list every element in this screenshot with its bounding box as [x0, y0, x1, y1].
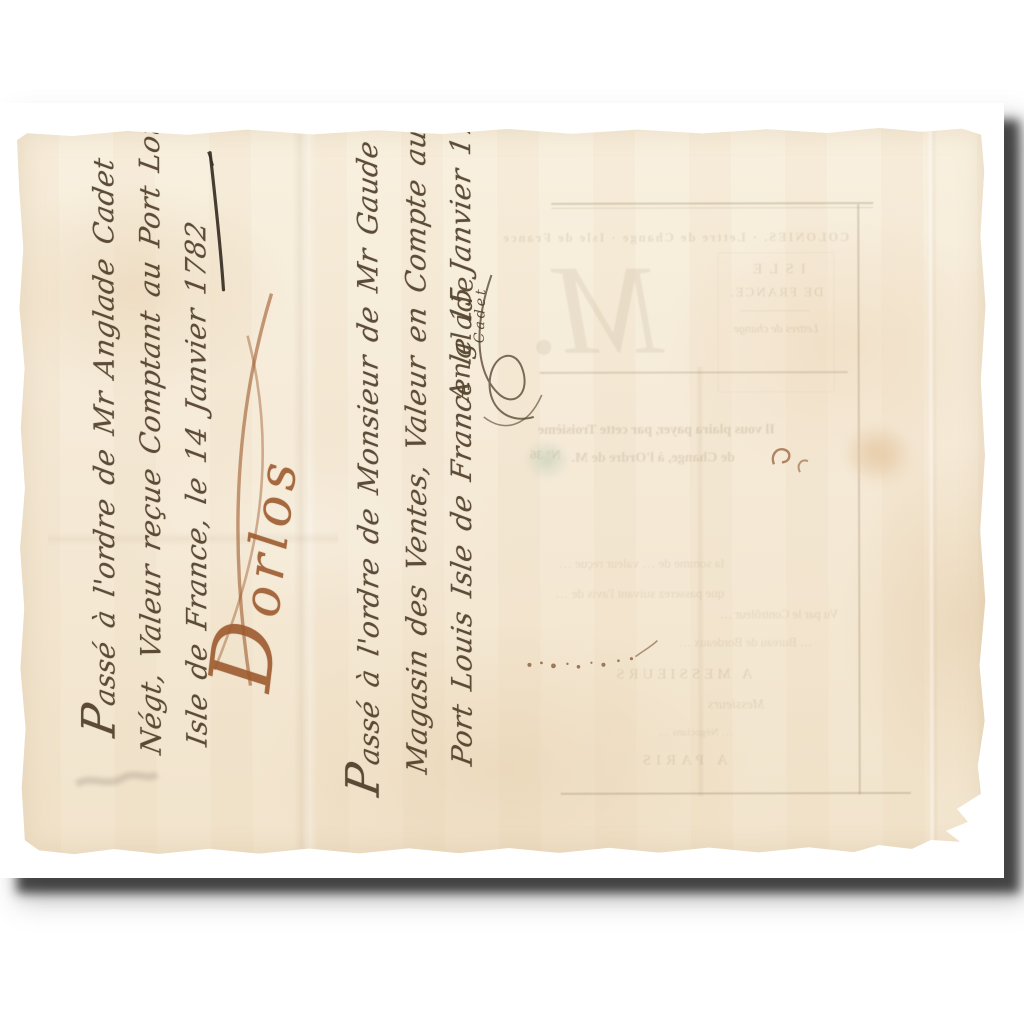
ghost-address-line-3: … Négocians …: [641, 726, 751, 738]
endorsement-1-line-2: Négt, Valeur reçue Comptant au Port Loui…: [127, 152, 175, 780]
page-root: { "photo": { "background": "#ffffff", "s…: [0, 0, 1024, 1024]
ghost-body-line-4: Vu par le Contrôleur …: [678, 607, 838, 622]
ghost-box-line3: Lettres de change: [719, 321, 834, 336]
ghost-body-line-5: … Bureau de Bordeaux …: [682, 635, 812, 650]
ghost-body-line-3: que passerez suivant l'avis de …: [484, 585, 724, 602]
ghost-body-line-1: de Change, à l'Ordre de M.: [455, 450, 735, 467]
ghost-box-rule: [741, 310, 811, 311]
endorsement-2-line-3: Port Louis Isle de France le 15 Janvier …: [438, 151, 485, 799]
endorsement-2-line-2: Magasin des Ventes, Valeur en Compte au: [393, 151, 440, 799]
ghost-frame-rule-top: [551, 202, 873, 205]
stain-ink-curls: [766, 434, 826, 482]
document-paper: COLONIES. · Lettre de Change · Isle de F…: [17, 126, 989, 858]
ghost-frame-rule-right: [857, 204, 861, 794]
ghost-print-layer: COLONIES. · Lettre de Change · Isle de F…: [17, 126, 987, 129]
stain-tan-2: [844, 426, 919, 492]
endorsement-1-line-1: Passé à l'ordre de Mr Anglade Cadet: [74, 151, 129, 780]
crease-vertical-right: [927, 126, 939, 855]
product-photo: COLONIES. · Lettre de Change · Isle de F…: [0, 103, 1004, 878]
ghost-body-line-2: la somme de … valeur reçue …: [484, 555, 724, 572]
stain-ink-spatter: [523, 639, 663, 679]
anglade-signature-flourish: [465, 267, 555, 437]
stain-tan-1: [840, 421, 910, 481]
ghost-frame-rule-top2: [551, 207, 873, 209]
endorsement-2-line-1: Passé à l'ordre de Monsieur de Mr Gaude: [336, 150, 395, 800]
red-signature-flourish: [185, 278, 306, 708]
ghost-address-line-2: Messieurs: [669, 697, 765, 713]
ghost-address-line-4: A PARIS: [623, 752, 743, 769]
ghost-box-line1: ISLE: [718, 261, 833, 278]
ghost-box-line2: DE FRANCE.: [718, 284, 833, 300]
